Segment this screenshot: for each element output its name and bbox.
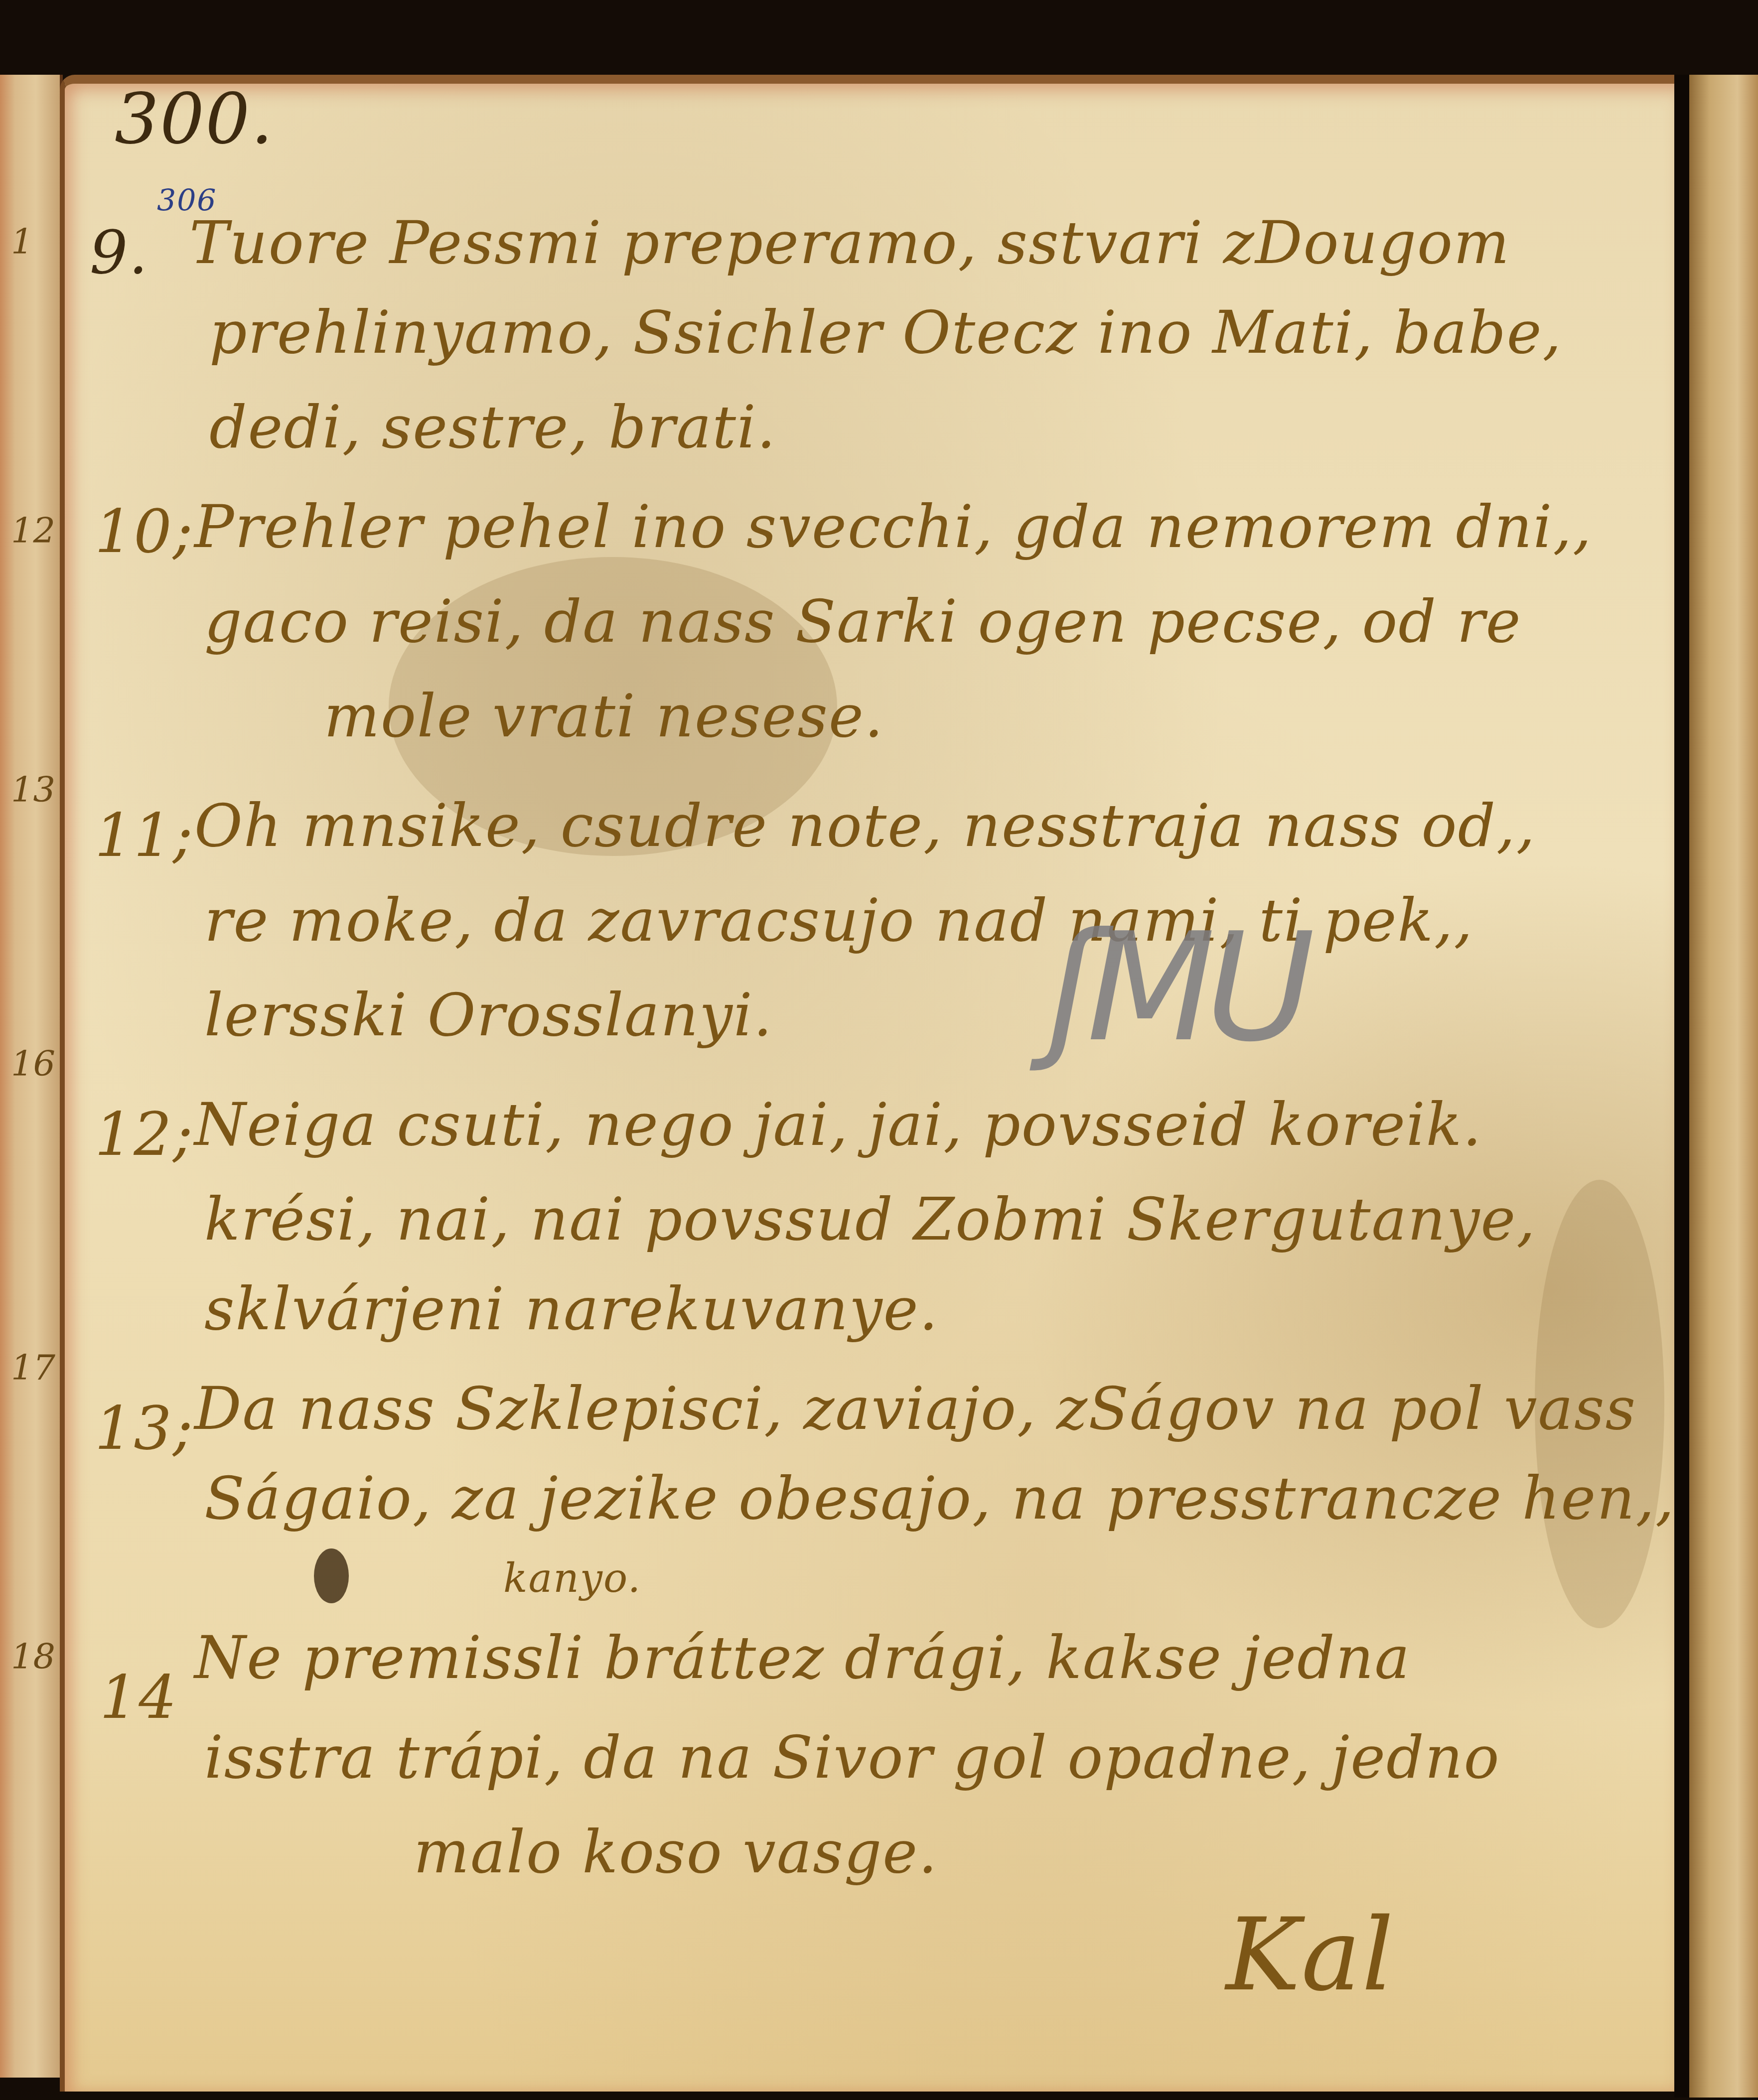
- verse-line: Neiga csuti, nego jai, jai, povsseid kor…: [194, 1095, 1482, 1154]
- book-gutter: [1674, 75, 1689, 2098]
- margin-fragment: 18: [11, 1639, 55, 1674]
- verse-line: Ságaio, za jezike obesajo, na presstranc…: [204, 1469, 1675, 1528]
- verse-line: lersski Orosslanyi.: [204, 985, 773, 1044]
- verse-number: 12;: [95, 1100, 194, 1169]
- verse-line: krési, nai, nai povssud Zobmi Skergutany…: [204, 1190, 1536, 1249]
- verse-line: prehlinyamo, Ssichler Otecz ino Mati, ba…: [209, 303, 1562, 362]
- ink-blot: [314, 1548, 349, 1603]
- verse-line: Oh mnsike, csudre note, nesstraja nass o…: [194, 796, 1536, 855]
- verse-number: 14: [100, 1663, 178, 1732]
- manuscript-page: 300. 306 9. Tuore Pessmi preperamo, sstv…: [60, 75, 1679, 2092]
- margin-fragment: 13: [11, 772, 55, 807]
- pencil-mark: ʃMU: [1046, 901, 1305, 1075]
- verse-line: gaco reisi, da nass Sarki ogen pecse, od…: [204, 592, 1522, 651]
- verse-line: malo koso vasge.: [414, 1822, 938, 1881]
- margin-fragment: 12: [11, 513, 55, 548]
- margin-fragment: 17: [11, 1350, 55, 1385]
- verse-number: 13;: [95, 1394, 194, 1463]
- previous-leaf-edge: 1 12 13 16 17 18: [0, 75, 63, 2078]
- verse-line: kanyo.: [503, 1558, 641, 1598]
- verse-number: 9.: [90, 218, 149, 287]
- catchword: Kal: [1226, 1897, 1395, 2013]
- verse-number: 11;: [95, 801, 194, 870]
- margin-fragment: 1: [11, 224, 33, 259]
- verse-line: Da nass Szklepisci, zaviajo, zSágov na p…: [194, 1379, 1636, 1438]
- old-folio-number: 300.: [115, 79, 274, 160]
- verse-line: isstra trápi, da na Sivor gol opadne, je…: [204, 1728, 1500, 1787]
- verse-line: mole vrati nesese.: [324, 687, 884, 745]
- verse-line: dedi, sestre, brati.: [209, 398, 776, 456]
- next-leaf-edge: [1689, 75, 1758, 2098]
- margin-fragment: 16: [11, 1046, 55, 1081]
- verse-number: 10;: [95, 497, 194, 566]
- verse-line: sklvárjeni narekuvanye.: [204, 1279, 939, 1338]
- verse-line: Prehler pehel ino svecchi, gda nemorem d…: [194, 497, 1592, 556]
- verse-line: Ne premissli bráttez drági, kakse jedna: [194, 1628, 1411, 1687]
- verse-line: Tuore Pessmi preperamo, sstvari zDougom: [189, 213, 1510, 272]
